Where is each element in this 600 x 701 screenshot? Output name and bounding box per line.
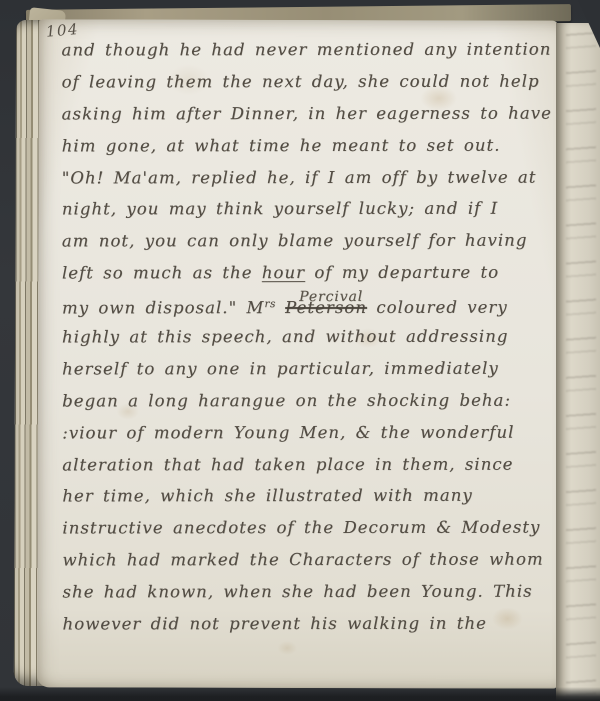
text-segment [276, 298, 285, 317]
text-segment: hour [262, 263, 305, 282]
text-segment: however did not prevent his walking in t… [63, 614, 487, 634]
text-segment: coloured very [367, 298, 508, 317]
text-segment: instructive anecdotes of the Decorum & M… [62, 518, 540, 538]
manuscript-page: 104 and though he had never mentioned an… [37, 19, 559, 688]
manuscript-line: of leaving them the next day, she could … [62, 65, 552, 98]
page-fold-strip [556, 23, 600, 701]
text-segment: him gone, at what time he meant to set o… [62, 135, 501, 155]
text-segment: which had marked the Characters of those… [62, 550, 543, 570]
manuscript-line: and though he had never mentioned any in… [62, 34, 552, 67]
manuscript-line: however did not prevent his walking in t… [63, 608, 553, 641]
text-segment: her time, which she illustrated with man… [62, 486, 472, 506]
text-segment: asking him after Dinner, in her eagernes… [62, 103, 552, 123]
text-segment: PetersonPercival [285, 298, 367, 317]
text-segment: she had known, when she had been Young. … [62, 582, 532, 602]
text-segment: alteration that had taken place in them,… [62, 454, 513, 474]
text-segment: began a long harangue on the shocking be… [62, 390, 511, 410]
text-segment: of leaving them the next day, she could … [62, 72, 540, 92]
bottom-shadow [0, 687, 600, 701]
manuscript-line: herself to any one in particular, immedi… [62, 353, 552, 386]
manuscript-photo: 104 and though he had never mentioned an… [0, 0, 600, 701]
manuscript-line: began a long harangue on the shocking be… [62, 384, 552, 417]
manuscript-line: my own disposal." Mrs PetersonPercival c… [62, 289, 552, 322]
text-segment: rs [264, 298, 275, 310]
manuscript-line: instructive anecdotes of the Decorum & M… [62, 512, 552, 545]
manuscript-text: and though he had never mentioned any in… [62, 34, 553, 641]
text-segment: and though he had never mentioned any in… [62, 40, 552, 60]
ghost-writing [566, 23, 596, 701]
manuscript-line: "Oh! Ma'am, replied he, if I am off by t… [62, 161, 552, 194]
manuscript-line: alteration that had taken place in them,… [62, 448, 552, 481]
manuscript-line: him gone, at what time he meant to set o… [62, 129, 552, 162]
manuscript-line: am not, you can only blame yourself for … [62, 225, 552, 258]
text-segment: highly at this speech, and without addre… [62, 327, 508, 347]
manuscript-line: her time, which she illustrated with man… [62, 480, 552, 513]
text-segment: :viour of modern Young Men, & the wonder… [62, 422, 514, 442]
text-segment: night, you may think yourself lucky; and… [62, 199, 498, 219]
text-segment: "Oh! Ma'am, replied he, if I am off by t… [62, 167, 537, 187]
manuscript-line: highly at this speech, and without addre… [62, 321, 552, 354]
manuscript-line: asking him after Dinner, in her eagernes… [62, 97, 552, 130]
insertion-above: Percival [299, 282, 363, 314]
text-segment: my own disposal." M [62, 298, 264, 317]
manuscript-line: :viour of modern Young Men, & the wonder… [62, 416, 552, 449]
manuscript-line: which had marked the Characters of those… [62, 544, 552, 577]
text-segment: of my departure to [305, 263, 499, 282]
manuscript-line: she had known, when she had been Young. … [62, 576, 552, 609]
text-segment: am not, you can only blame yourself for … [62, 231, 528, 251]
manuscript-line: night, you may think yourself lucky; and… [62, 193, 552, 226]
text-segment: herself to any one in particular, immedi… [62, 359, 499, 379]
text-segment: left so much as the [62, 263, 262, 282]
